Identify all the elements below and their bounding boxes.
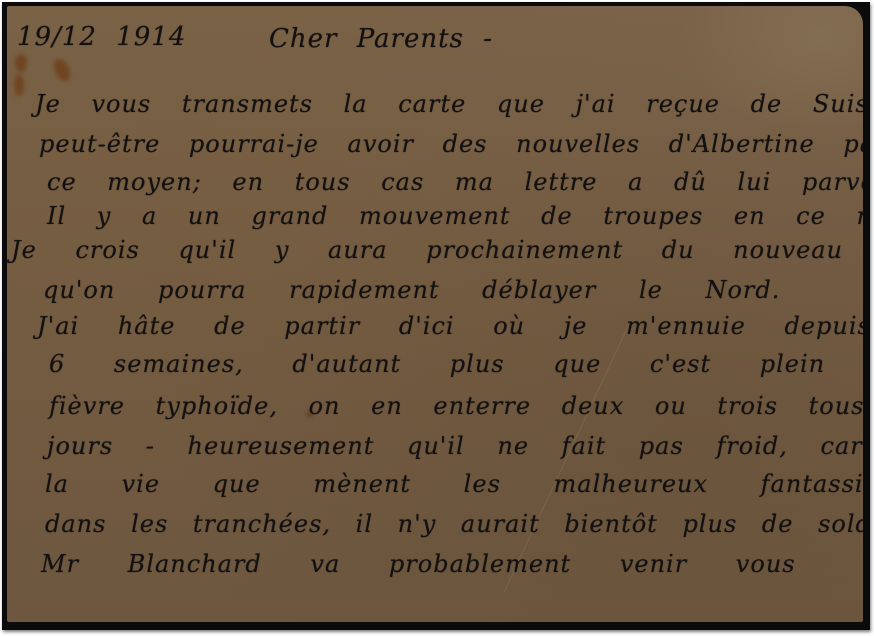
letter-line-2: peut-être pourrai-je avoir des nouvelles… (39, 130, 863, 158)
letter-line-6: qu'on pourra rapidement déblayer le Nord… (43, 276, 780, 304)
letter-line-11: la vie que mènent les malheureux fantass… (45, 470, 863, 498)
letter-line-5: Je crois qu'il y aura prochainement du n… (11, 236, 863, 264)
letter-line-4: Il y a un grand mouvement de troupes en … (47, 202, 863, 230)
stain-mark (14, 74, 24, 96)
letter-line-1: Je vous transmets la carte que j'ai reçu… (35, 90, 863, 118)
letter-line-7: J'ai hâte de partir d'ici où je m'ennuie… (37, 312, 863, 340)
letter-line-9: fièvre typhoïde, on en enterre deux ou t… (49, 392, 863, 420)
date: 19/12 1914 (17, 22, 186, 52)
stain-mark (51, 56, 74, 84)
letter-line-13: Mr Blanchard va probablement venir vous (41, 550, 796, 578)
letter-line-8: 6 semaines, d'autant plus que c'est plei… (49, 350, 863, 378)
letter-line-3: ce moyen; en tous cas ma lettre a dû lui… (47, 168, 863, 196)
salutation: Cher Parents - (269, 24, 493, 54)
letter-line-10: jours - heureusement qu'il ne fait pas f… (47, 432, 863, 460)
stain-mark (15, 54, 27, 72)
letter-line-12: dans les tranchées, il n'y aurait bientô… (45, 510, 863, 538)
handwritten-postcard: 19/12 1914 Cher Parents - Je vous transm… (7, 6, 863, 622)
